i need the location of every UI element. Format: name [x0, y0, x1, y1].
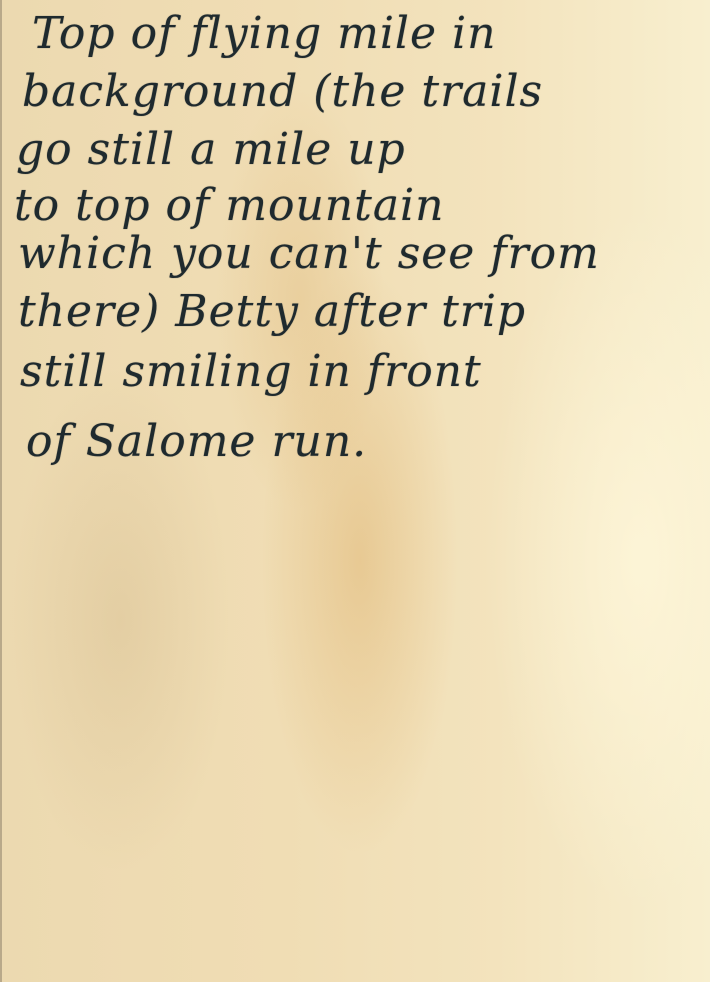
handwritten-line-2: background (the trails	[22, 66, 543, 117]
handwritten-line-3: go still a mile up	[16, 124, 406, 175]
aged-paper-card: Top of flying mile in background (the tr…	[0, 0, 710, 982]
handwritten-line-6: there) Betty after trip	[18, 286, 526, 337]
handwritten-line-4: to top of mountain	[14, 180, 444, 231]
handwritten-line-1: Top of flying mile in	[32, 8, 496, 59]
handwritten-line-5: which you can't see from	[18, 228, 600, 279]
handwritten-line-7: still smiling in front	[20, 346, 482, 397]
handwritten-line-8: of Salome run.	[26, 416, 367, 467]
